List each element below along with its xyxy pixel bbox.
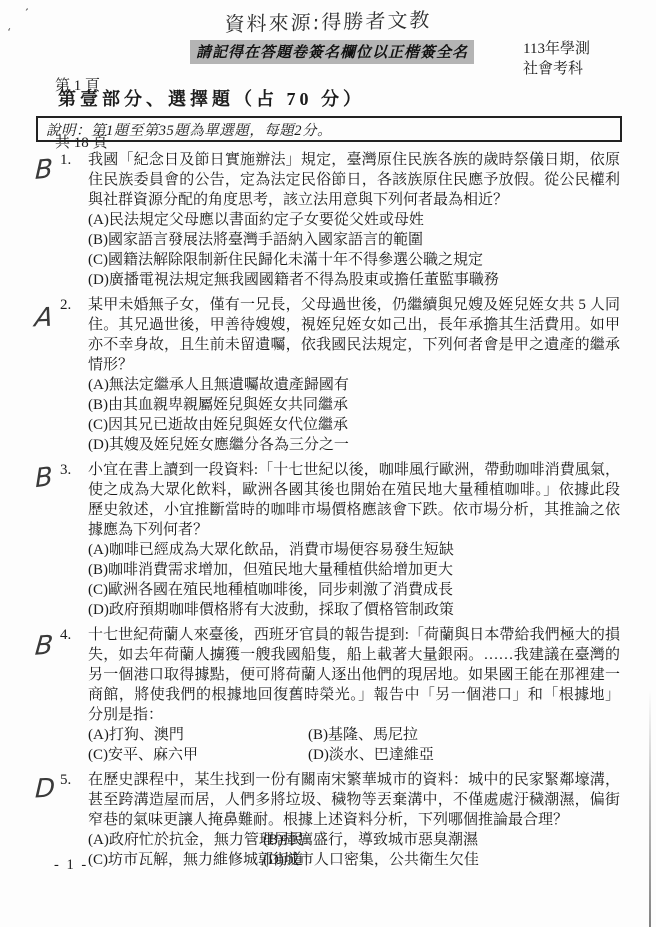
handwritten-answer-q1: B (35, 159, 53, 181)
option-c: (C)歐洲各國在殖民地種植咖啡後，同步刺激了消費成長 (88, 580, 620, 600)
question-options: (A)咖啡已經成為大眾化飲品，消費市場便容易發生短缺 (B)咖啡消費需求增加，但… (88, 540, 620, 620)
question-number: 1. (60, 150, 88, 290)
exam-subject-label: 社會考科 (523, 59, 590, 79)
signature-notice-banner: 請記得在答題卷簽名欄位以正楷簽全名 (190, 40, 474, 64)
option-c: (C)坊市瓦解，無力維修城郭街道 (88, 850, 263, 870)
handwritten-answer-q3: B (35, 467, 53, 490)
option-d: (D)其嫂及姪兒姪女應繼分各為三分之一 (88, 435, 620, 455)
section-title: 第壹部分、選擇題（占 70 分） (58, 85, 365, 111)
option-d: (D)淡水、巴達維亞 (308, 745, 620, 765)
option-a: (A)民法規定父母應以書面約定子女要從父姓或母姓 (88, 210, 620, 230)
option-a: (A)無法定繼承人且無遺囑故遺產歸國有 (88, 375, 620, 395)
question-stem: 我國「紀念日及節日實施辦法」規定，臺灣原住民族各族的歲時祭儀日期，依原住民族委員… (88, 150, 620, 210)
option-d: (D)廣播電視法規定無我國國籍者不得為股東或擔任董監事職務 (88, 270, 620, 290)
question-options: (A)無法定繼承人且無遺囑故遺產歸國有 (B)由其血親卑親屬姪兒與姪女共同繼承 … (88, 375, 620, 455)
question-1: B 1. 我國「紀念日及節日實施辦法」規定，臺灣原住民族各族的歲時祭儀日期，依原… (60, 150, 620, 290)
question-3: B 3. 小宜在書上讀到一段資料:「十七世紀以後，咖啡風行歐洲，帶動咖啡消費風氣… (60, 460, 620, 620)
option-b: (B)由其血親卑親屬姪兒與姪女共同繼承 (88, 395, 620, 415)
option-a: (A)咖啡已經成為大眾化飲品，消費市場便容易發生短缺 (88, 540, 620, 560)
option-a: (A)政府忙於抗金，無力管理居民 (88, 830, 263, 850)
instruction-box: 說明：第1題至第35題為單選題，每題2分。 (36, 116, 622, 142)
instruction-text: 說明：第1題至第35題為單選題，每題2分。 (38, 119, 332, 140)
question-stem: 在歷史課程中，某生找到一份有關南宋繁華城市的資料：城中的民家緊鄰壕溝，甚至跨溝造… (88, 770, 620, 830)
question-number: 5. (60, 770, 88, 870)
question-options: (A)打狗、澳門 (B)基隆、馬尼拉 (C)安平、麻六甲 (D)淡水、巴達維亞 (88, 725, 620, 765)
exam-info-block: 113年學測 社會考科 (523, 39, 590, 79)
option-d: (D)城市人口密集，公共衛生欠佳 (263, 850, 620, 870)
page-number-footer: - 1 - (54, 857, 88, 874)
question-number: 4. (60, 625, 88, 765)
option-d: (D)政府預期咖啡價格將有大波動，採取了價格管制政策 (88, 600, 620, 620)
question-4: B 4. 十七世紀荷蘭人來臺後，西班牙官員的報告提到:「荷蘭與日本帶給我們極大的… (60, 625, 620, 765)
option-a: (A)打狗、澳門 (88, 725, 308, 745)
option-b: (B)國家語言發展法將臺灣手語納入國家語言的範圍 (88, 230, 620, 250)
option-b: (B)基隆、馬尼拉 (308, 725, 620, 745)
question-number: 3. (60, 460, 88, 620)
question-options: (A)政府忙於抗金，無力管理居民 (B)瘴癘盛行，導致城市惡臭潮濕 (C)坊市瓦… (88, 830, 620, 870)
option-c: (C)安平、麻六甲 (88, 745, 308, 765)
question-2: A 2. 某甲未婚無子女，僅有一兄長，父母過世後，仍繼續與兄嫂及姪兒姪女共 5 … (60, 295, 620, 455)
option-c: (C)國籍法解除限制新住民歸化未滿十年不得參選公職之規定 (88, 250, 620, 270)
question-list: B 1. 我國「紀念日及節日實施辦法」規定，臺灣原住民族各族的歲時祭儀日期，依原… (60, 150, 620, 875)
handwritten-answer-q4: B (34, 635, 54, 656)
question-number: 2. (60, 295, 88, 455)
question-stem: 十七世紀荷蘭人來臺後，西班牙官員的報告提到:「荷蘭與日本帶給我們極大的損失，如去… (88, 625, 620, 725)
handwritten-answer-q2: A (34, 308, 55, 329)
question-5: D 5. 在歷史課程中，某生找到一份有關南宋繁華城市的資料：城中的民家緊鄰壕溝，… (60, 770, 620, 870)
option-b: (B)瘴癘盛行，導致城市惡臭潮濕 (263, 830, 620, 850)
question-options: (A)民法規定父母應以書面約定子女要從父姓或母姓 (B)國家語言發展法將臺灣手語… (88, 210, 620, 290)
option-b: (B)咖啡消費需求增加，但殖民地大量種植供給增加更大 (88, 560, 620, 580)
exam-year-label: 113年學測 (523, 39, 590, 59)
handwritten-answer-q5: D (35, 778, 56, 799)
question-stem: 某甲未婚無子女，僅有一兄長，父母過世後，仍繼續與兄嫂及姪兒姪女共 5 人同住。其… (88, 295, 620, 375)
exam-paper-page: ’ ‘ 資料來源:得勝者文教 第 1 頁 共 18 頁 請記得在答題卷簽名欄位以… (0, 0, 656, 927)
scan-edge-artifact (649, 690, 651, 927)
handwritten-source-note: 資料來源:得勝者文教 (0, 0, 656, 42)
question-stem: 小宜在書上讀到一段資料:「十七世紀以後，咖啡風行歐洲，帶動咖啡消費風氣，使之成為… (88, 460, 620, 540)
option-c: (C)因其兄已逝故由姪兒與姪女代位繼承 (88, 415, 620, 435)
